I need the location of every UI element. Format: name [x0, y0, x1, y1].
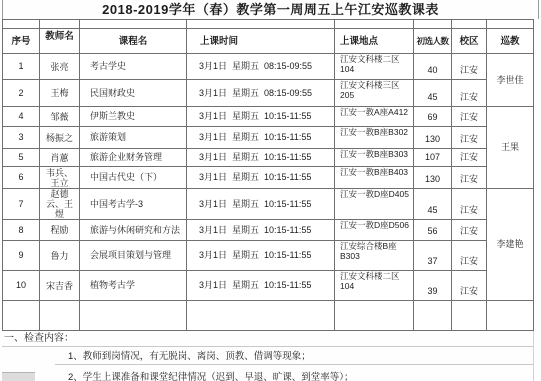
spacer-cell [452, 20, 487, 29]
cell-time: 3月1日 星期五 10:15-11:55 [187, 167, 335, 189]
cell-count: 39 [414, 271, 452, 301]
cell-time: 3月1日 星期五 10:15-11:55 [187, 220, 335, 241]
cell-course: 植物考古学 [80, 271, 187, 301]
cell-time: 3月1日 星期五 08:15-09:55 [187, 80, 335, 107]
cell-course: 中国考古学-3 [80, 189, 187, 220]
cell-campus: 江安 [452, 149, 487, 167]
cell-teacher: 肖蕙 [40, 149, 80, 167]
cell-location: 江安文科楼二区104 [335, 54, 414, 80]
cell-teacher: 邹薇 [40, 107, 80, 127]
cell-time: 3月1日 星期五 10:15-11:55 [187, 189, 335, 220]
spacer-row [3, 20, 534, 29]
page-title: 2018-2019学年（春）教学第一周周五上午江安巡教课表 [2, 0, 539, 19]
cell-course: 旅游与休闲研究和方法 [80, 220, 187, 241]
cell-count: 107 [414, 149, 452, 167]
cell-count: 45 [414, 80, 452, 107]
cell-inspector: 李建艳 [487, 189, 534, 301]
header-time: 上课时间 [187, 29, 335, 54]
cell-time: 3月1日 星期五 08:15-09:55 [187, 54, 335, 80]
cell-teacher: 杨振之 [40, 127, 80, 149]
cell-count: 56 [414, 220, 452, 241]
table-row: 4邹薇伊斯兰教史3月1日 星期五 10:15-11:55江安一教A座A41269… [3, 107, 534, 127]
cell-course: 民国财政史 [80, 80, 187, 107]
cell-teacher: 赵德云、王煜 [40, 189, 80, 220]
empty-cell [187, 301, 335, 331]
cell-location: 江安一教D座D405 [335, 189, 414, 220]
cell-location: 江安一教B座B302 [335, 127, 414, 149]
cell-serial: 1 [3, 54, 40, 80]
header-teacher: 教师名 [40, 29, 80, 54]
cell-count: 37 [414, 241, 452, 271]
header-inspector: 巡教 [487, 29, 534, 54]
empty-cell [335, 301, 414, 331]
cell-location: 江安综合楼B座B303 [335, 241, 414, 271]
cell-serial: 10 [3, 271, 40, 301]
cell-serial: 2 [3, 80, 40, 107]
cell-course: 旅游策划 [80, 127, 187, 149]
table-row: 2王梅民国财政史3月1日 星期五 08:15-09:55江安文科楼三区20545… [3, 80, 534, 107]
cell-count: 130 [414, 127, 452, 149]
table-row: 5肖蕙旅游企业财务管理3月1日 星期五 10:15-11:55江安一教B座B30… [3, 149, 534, 167]
page: 2018-2019学年（春）教学第一周周五上午江安巡教课表 序号 教师名 课程名… [0, 0, 541, 381]
table-row: 8程励旅游与休闲研究和方法3月1日 星期五 10:15-11:55江安一教D座D… [3, 220, 534, 241]
cell-time: 3月1日 星期五 10:15-11:55 [187, 271, 335, 301]
spacer-cell [187, 20, 335, 29]
cell-teacher: 王梅 [40, 80, 80, 107]
empty-cell [40, 301, 80, 331]
header-campus: 校区 [452, 29, 487, 54]
cell-campus: 江安 [452, 189, 487, 220]
cell-location: 江安一教A座A412 [335, 107, 414, 127]
cell-campus: 江安 [452, 54, 487, 80]
empty-row [3, 301, 534, 331]
cell-serial: 9 [3, 241, 40, 271]
table-row: 10宋吉香植物考古学3月1日 星期五 10:15-11:55江安文科楼二区104… [3, 271, 534, 301]
cell-location: 江安一教D座D506 [335, 220, 414, 241]
cell-location: 江安文科楼二区104 [335, 271, 414, 301]
cell-course: 伊斯兰教史 [80, 107, 187, 127]
spacer-cell [40, 20, 80, 29]
cell-campus: 江安 [452, 167, 487, 189]
table-row: 6韦兵、王立中国古代史（下）3月1日 星期五 10:15-11:55江安一教B座… [3, 167, 534, 189]
cell-serial: 7 [3, 189, 40, 220]
empty-cell [487, 301, 534, 331]
cell-count: 130 [414, 167, 452, 189]
header-course: 课程名 [80, 29, 187, 54]
notes-section: 一、检查内容： 1、教师到岗情况，有无脱岗、离岗、顶教、借调等现象； 2、学生上… [2, 331, 534, 381]
cell-course: 会展项目策划与管理 [80, 241, 187, 271]
cell-location: 江安一教B座B303 [335, 149, 414, 167]
header-location: 上课地点 [335, 29, 414, 54]
cell-serial: 6 [3, 167, 40, 189]
cell-serial: 4 [3, 107, 40, 127]
cell-campus: 江安 [452, 241, 487, 271]
cell-campus: 江安 [452, 271, 487, 301]
cell-teacher: 韦兵、王立 [40, 167, 80, 189]
cell-location: 江安文科楼三区205 [335, 80, 414, 107]
spacer-cell [80, 20, 187, 29]
cell-campus: 江安 [452, 107, 487, 127]
header-count: 初选人数 [414, 29, 452, 54]
table-body: 1张亮考古学史3月1日 星期五 08:15-09:55江安文科楼二区10440江… [3, 54, 534, 331]
empty-cell [452, 301, 487, 331]
cell-campus: 江安 [452, 220, 487, 241]
cell-campus: 江安 [452, 127, 487, 149]
cell-time: 3月1日 星期五 10:15-11:55 [187, 241, 335, 271]
cell-count: 45 [414, 189, 452, 220]
spacer-cell [335, 20, 414, 29]
cell-teacher: 鲁力 [40, 241, 80, 271]
schedule-table: 序号 教师名 课程名 上课时间 上课地点 初选人数 校区 巡教 1张亮考古学史3… [2, 19, 534, 331]
cell-count: 69 [414, 107, 452, 127]
table-header: 序号 教师名 课程名 上课时间 上课地点 初选人数 校区 巡教 [3, 20, 534, 54]
spacer-cell [414, 20, 452, 29]
cell-teacher: 程励 [40, 220, 80, 241]
header-row: 序号 教师名 课程名 上课时间 上课地点 初选人数 校区 巡教 [3, 29, 534, 54]
cell-inspector: 王果 [487, 107, 534, 189]
cell-teacher: 宋吉香 [40, 271, 80, 301]
spacer-cell [3, 20, 40, 29]
notes-heading: 一、检查内容： [2, 331, 533, 347]
table-row: 9鲁力会展项目策划与管理3月1日 星期五 10:15-11:55江安综合楼B座B… [3, 241, 534, 271]
table-row: 7赵德云、王煜中国考古学-33月1日 星期五 10:15-11:55江安一教D座… [3, 189, 534, 220]
cell-campus: 江安 [452, 80, 487, 107]
cell-location: 江安一教B座B403 [335, 167, 414, 189]
table-row: 3杨振之旅游策划3月1日 星期五 10:15-11:55江安一教B座B30213… [3, 127, 534, 149]
cell-teacher: 张亮 [40, 54, 80, 80]
cell-serial: 5 [3, 149, 40, 167]
cell-serial: 8 [3, 220, 40, 241]
cell-time: 3月1日 星期五 10:15-11:55 [187, 107, 335, 127]
note-item-1: 1、教师到岗情况，有无脱岗、离岗、顶教、借调等现象； [2, 347, 533, 365]
empty-cell [414, 301, 452, 331]
empty-cell [3, 301, 40, 331]
cell-time: 3月1日 星期五 10:15-11:55 [187, 127, 335, 149]
header-serial: 序号 [3, 29, 40, 54]
cell-count: 40 [414, 54, 452, 80]
spacer-cell [487, 20, 534, 29]
empty-cell [80, 301, 187, 331]
bottom-left-cell-remnant [2, 372, 35, 381]
cell-serial: 3 [3, 127, 40, 149]
table-row: 1张亮考古学史3月1日 星期五 08:15-09:55江安文科楼二区10440江… [3, 54, 534, 80]
note-item-2: 2、学生上课准备和课堂纪律情况（迟到、早退、旷课、到堂率等）； [2, 365, 533, 381]
cell-course: 中国古代史（下） [80, 167, 187, 189]
cell-course: 旅游企业财务管理 [80, 149, 187, 167]
cell-course: 考古学史 [80, 54, 187, 80]
cell-inspector: 李世佳 [487, 54, 534, 107]
cell-time: 3月1日 星期五 10:15-11:55 [187, 149, 335, 167]
